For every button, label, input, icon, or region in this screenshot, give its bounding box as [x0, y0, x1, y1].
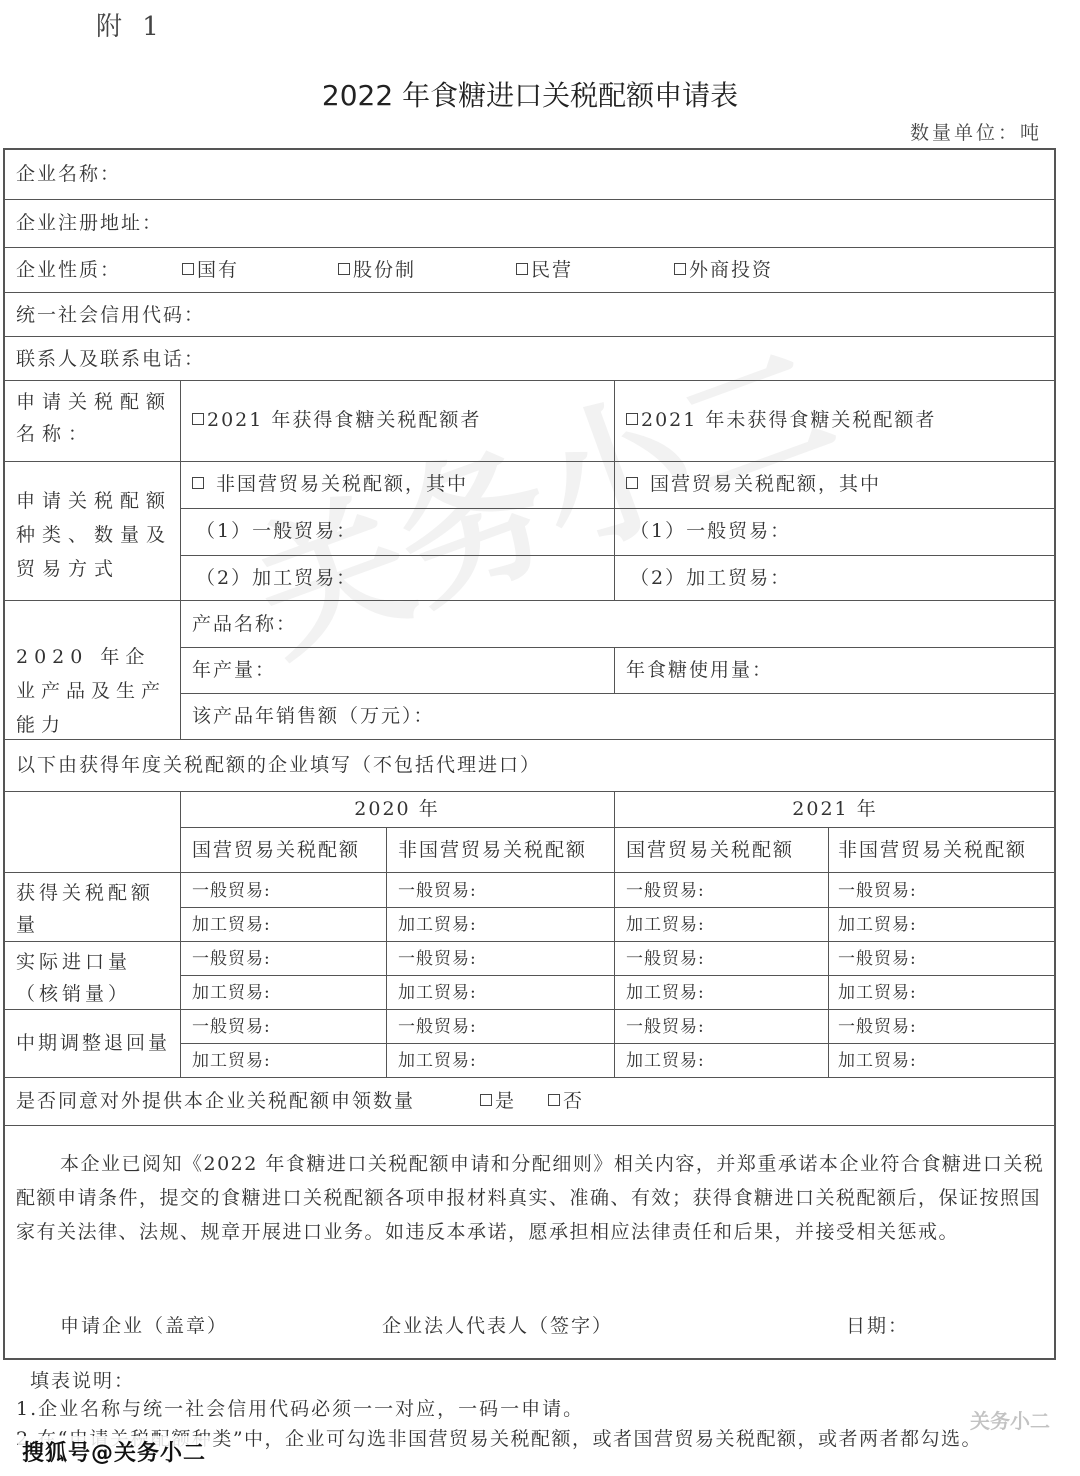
col-header-2021-non-state: 非国营贸易关税配额 [838, 838, 1027, 862]
actual-2020-state-processing[interactable]: 加工贸易: [192, 981, 271, 1005]
commitment-statement: 本企业已阅知《2022 年食糖进口关税配额申请和分配细则》相关内容，并郑重承诺本… [16, 1147, 1048, 1249]
legal-rep-signature-field[interactable]: 企业法人代表人（签字） [382, 1314, 613, 1338]
registered-address-field[interactable]: 企业注册地址： [16, 211, 163, 235]
divider [180, 907, 1056, 908]
consent-no-option[interactable]: 否 [548, 1089, 584, 1113]
nature-option-joint-stock[interactable]: 股份制 [338, 258, 416, 282]
actual-2021-state-processing[interactable]: 加工贸易: [626, 981, 705, 1005]
divider [3, 199, 1056, 200]
divider [180, 555, 1056, 556]
history-section-note: 以下由获得年度关税配额的企业填写（不包括代理进口） [16, 753, 541, 777]
quota-type-label: 申请关税配额种类、数量及贸易方式 [16, 484, 172, 586]
obtained-2021-non-state-general[interactable]: 一般贸易: [838, 879, 917, 903]
year-header-2020: 2020 年 [180, 797, 614, 821]
year-header-2021: 2021 年 [614, 797, 1056, 821]
divider [180, 647, 1056, 648]
returned-2021-non-state-general[interactable]: 一般贸易: [838, 1015, 917, 1039]
annual-sugar-use-field[interactable]: 年食糖使用量： [626, 658, 773, 682]
divider [3, 1077, 1056, 1078]
obtained-2020-non-state-general[interactable]: 一般贸易: [398, 879, 477, 903]
checkbox-icon[interactable] [516, 263, 528, 275]
consent-label: 是否同意对外提供本企业关税配额申领数量 [16, 1089, 415, 1113]
annual-sales-field[interactable]: 该产品年销售额（万元）： [192, 704, 435, 728]
nature-option-foreign-investment[interactable]: 外商投资 [674, 258, 773, 282]
col-header-2021-state: 国营贸易关税配额 [626, 838, 794, 862]
company-name-field[interactable]: 企业名称： [16, 162, 121, 186]
divider [3, 1125, 1056, 1126]
quantity-unit: 数量单位：吨 [910, 118, 1042, 145]
col-header-2020-non-state: 非国营贸易关税配额 [398, 838, 587, 862]
actual-2020-non-state-general[interactable]: 一般贸易: [398, 947, 477, 971]
returned-2021-state-general[interactable]: 一般贸易: [626, 1015, 705, 1039]
consent-yes-option[interactable]: 是 [480, 1089, 516, 1113]
source-logo: 搜狐号@关务小二 [18, 1436, 210, 1467]
contact-field[interactable]: 联系人及联系电话： [16, 347, 205, 371]
returned-2020-non-state-general[interactable]: 一般贸易: [398, 1015, 477, 1039]
checkbox-icon[interactable] [192, 477, 204, 489]
production-capacity-label: 2020 年企业产品及生产能力 [16, 640, 172, 742]
actual-2020-state-general[interactable]: 一般贸易: [192, 947, 271, 971]
checkbox-icon[interactable] [338, 263, 350, 275]
obtained-2021-non-state-processing[interactable]: 加工贸易: [838, 913, 917, 937]
divider [3, 461, 1056, 462]
form-title: 2022 年食糖进口关税配额申请表 [0, 74, 1060, 114]
quota-name-option-not-obtained-2021[interactable]: 2021 年未获得食糖关税配额者 [626, 408, 936, 432]
divider [3, 941, 1056, 942]
checkbox-icon[interactable] [192, 413, 204, 425]
checkbox-icon[interactable] [480, 1094, 492, 1106]
divider [180, 975, 1056, 976]
divider [614, 380, 615, 600]
returned-2021-non-state-processing[interactable]: 加工贸易: [838, 1049, 917, 1073]
divider [3, 336, 1056, 337]
checkbox-icon[interactable] [548, 1094, 560, 1106]
quota-name-label: 申请关税配额名称： [16, 386, 172, 450]
checkbox-icon[interactable] [626, 477, 638, 489]
row-label-mid-term-return: 中期调整退回量 [16, 1031, 170, 1055]
actual-2021-state-general[interactable]: 一般贸易: [626, 947, 705, 971]
quota-type-option-non-state[interactable]: 非国营贸易关税配额，其中 [192, 472, 468, 496]
obtained-2020-state-general[interactable]: 一般贸易: [192, 879, 271, 903]
annual-output-field[interactable]: 年产量： [192, 658, 276, 682]
divider [180, 791, 181, 1077]
date-field[interactable]: 日期： [846, 1314, 909, 1338]
returned-2021-state-processing[interactable]: 加工贸易: [626, 1049, 705, 1073]
checkbox-icon[interactable] [182, 263, 194, 275]
obtained-2020-non-state-processing[interactable]: 加工贸易: [398, 913, 477, 937]
company-nature-label: 企业性质： [16, 258, 121, 282]
checkbox-icon[interactable] [674, 263, 686, 275]
divider [3, 791, 1056, 792]
obtained-2021-state-general[interactable]: 一般贸易: [626, 879, 705, 903]
row-label-actual-import: 实际进口量（核销量） [16, 946, 136, 1010]
attachment-label: 附 1 [96, 6, 165, 43]
divider [828, 827, 829, 1077]
non-state-general-trade-field[interactable]: （1）一般贸易： [196, 519, 357, 543]
product-name-field[interactable]: 产品名称： [192, 612, 297, 636]
divider [386, 827, 387, 1077]
divider [3, 380, 1056, 381]
state-general-trade-field[interactable]: （1）一般贸易： [630, 519, 791, 543]
col-header-2020-state: 国营贸易关税配额 [192, 838, 360, 862]
actual-2021-non-state-processing[interactable]: 加工贸易: [838, 981, 917, 1005]
nature-option-private[interactable]: 民营 [516, 258, 573, 282]
divider [180, 827, 1056, 828]
state-processing-trade-field[interactable]: （2）加工贸易： [630, 566, 791, 590]
notes-title: 填表说明： [30, 1366, 135, 1393]
quota-type-option-state[interactable]: 国营贸易关税配额，其中 [626, 472, 881, 496]
divider [3, 247, 1056, 248]
divider [614, 791, 615, 1077]
non-state-processing-trade-field[interactable]: （2）加工贸易： [196, 566, 357, 590]
divider [180, 1043, 1056, 1044]
divider [3, 1009, 1056, 1010]
returned-2020-state-general[interactable]: 一般贸易: [192, 1015, 271, 1039]
actual-2021-non-state-general[interactable]: 一般贸易: [838, 947, 917, 971]
nature-option-state-owned[interactable]: 国有 [182, 258, 239, 282]
divider [3, 292, 1056, 293]
applicant-seal-field[interactable]: 申请企业（盖章） [60, 1314, 228, 1338]
checkbox-icon[interactable] [626, 413, 638, 425]
divider [180, 693, 1056, 694]
divider [3, 600, 1056, 601]
divider [180, 508, 1056, 509]
actual-2020-non-state-processing[interactable]: 加工贸易: [398, 981, 477, 1005]
divider [3, 872, 1056, 873]
note-item-1: 1.企业名称与统一社会信用代码必须一一对应，一码一申请。 [16, 1394, 584, 1421]
obtained-2021-state-processing[interactable]: 加工贸易: [626, 913, 705, 937]
returned-2020-non-state-processing[interactable]: 加工贸易: [398, 1049, 477, 1073]
divider [180, 380, 181, 739]
quota-name-option-obtained-2021[interactable]: 2021 年获得食糖关税配额者 [192, 408, 481, 432]
credit-code-field[interactable]: 统一社会信用代码： [16, 303, 205, 327]
returned-2020-state-processing[interactable]: 加工贸易: [192, 1049, 271, 1073]
obtained-2020-state-processing[interactable]: 加工贸易: [192, 913, 271, 937]
divider [614, 647, 615, 693]
row-label-obtained-quota: 获得关税配额量 [16, 877, 166, 941]
